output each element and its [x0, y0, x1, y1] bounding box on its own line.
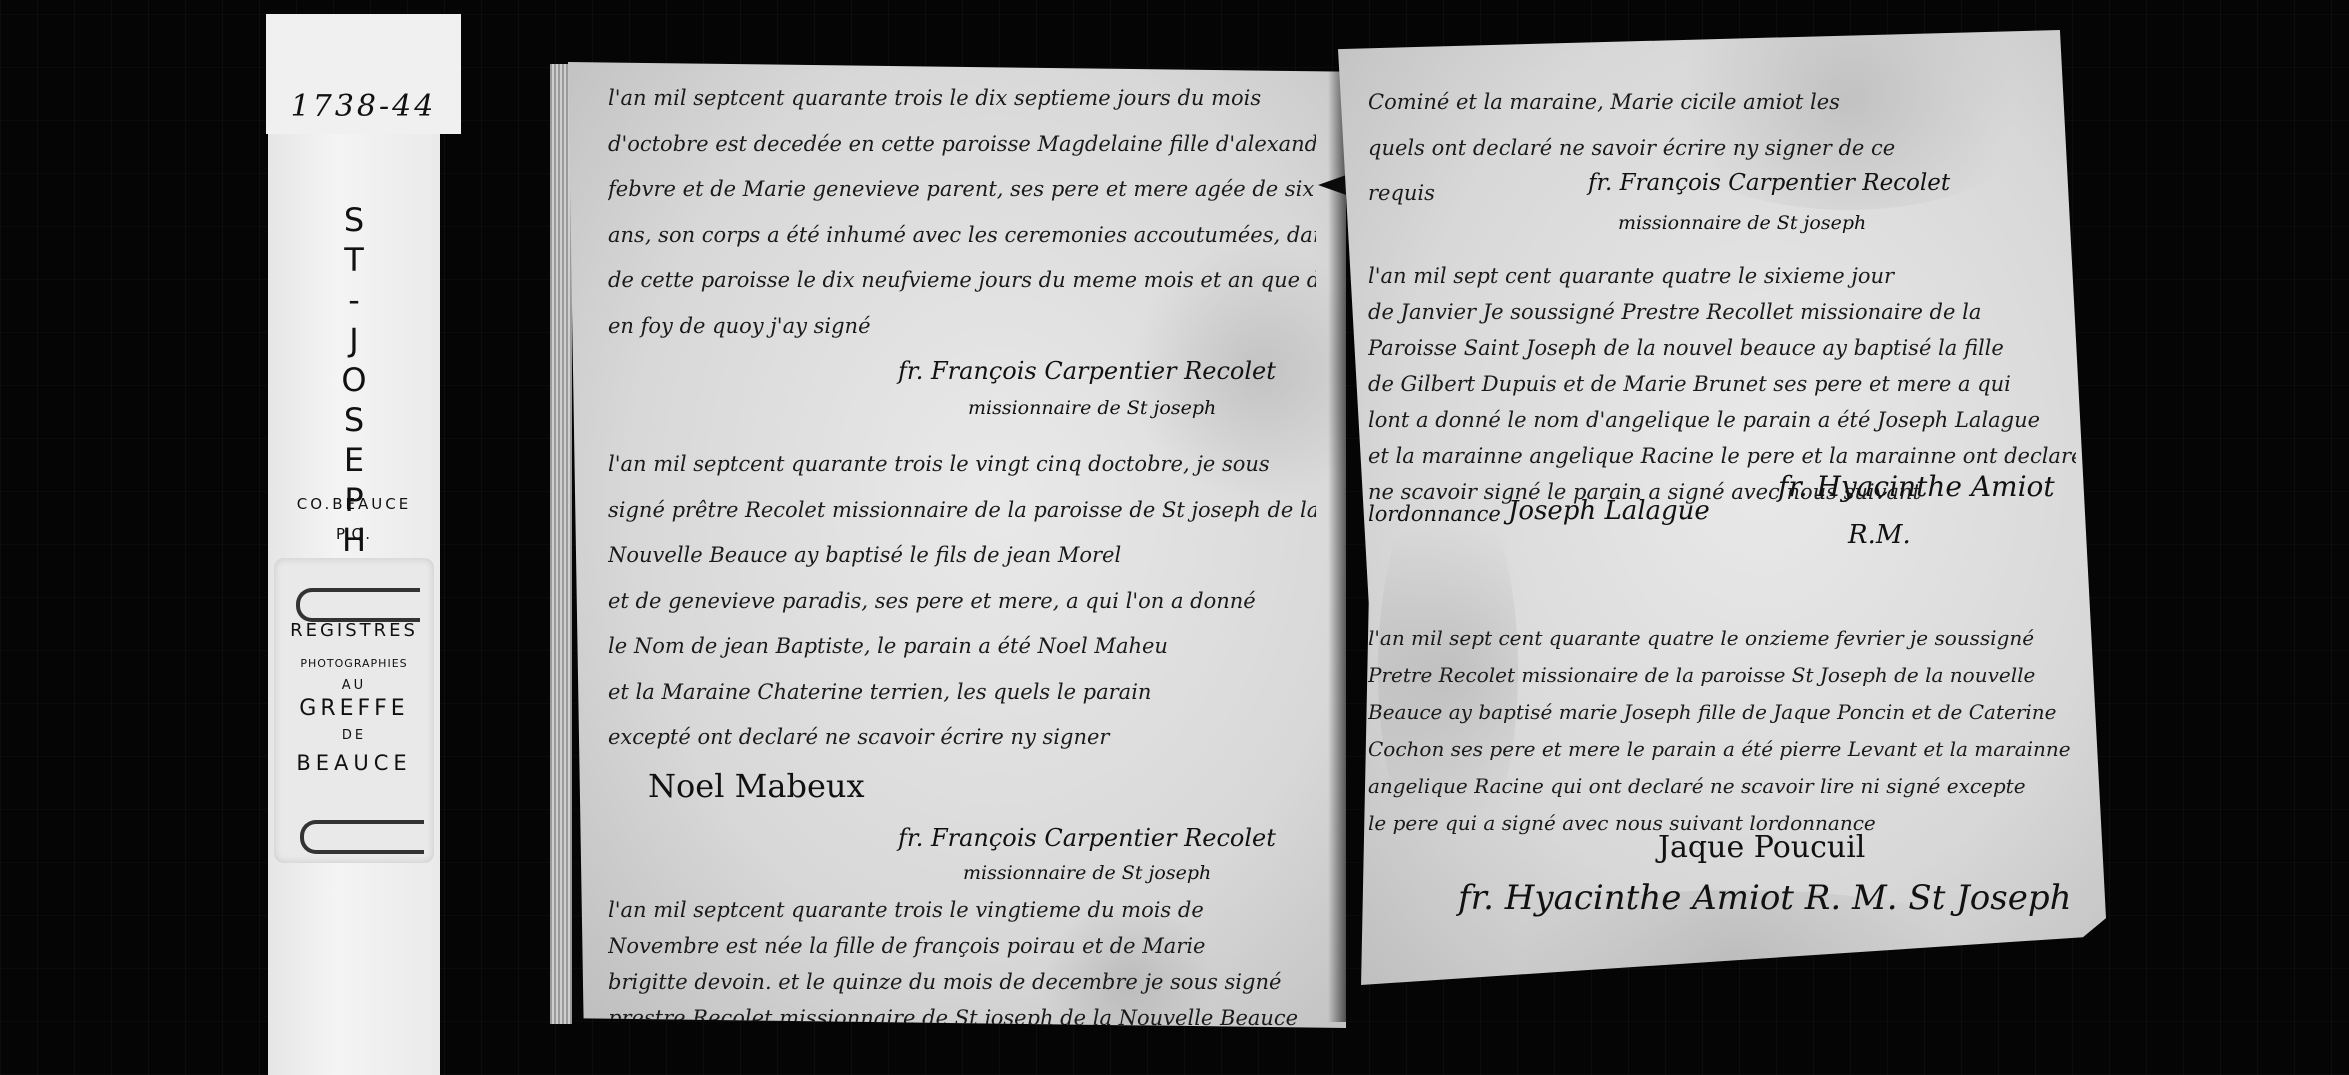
entry-line: angelique Racine qui ont declaré ne scav… — [1368, 768, 2076, 805]
stamp-line: PHOTOGRAPHIES — [274, 657, 434, 671]
baptism-entry-morel: l'an mil septcent quarante trois le ving… — [608, 442, 1316, 761]
priest-signature: fr. François Carpentier Recolet — [898, 357, 1276, 385]
county-line-1: CO.BEAUCE — [268, 495, 440, 513]
paperclip-icon — [296, 588, 420, 622]
entry-line: Beauce ay baptisé marie Joseph fille de … — [1368, 694, 2076, 731]
entry-line: l'an mil sept cent quarante quatre le on… — [1368, 620, 2076, 657]
stamp-line: BEAUCE — [274, 750, 434, 776]
book-page-edges — [550, 64, 572, 1024]
priest-signature: fr. Hyacinthe Amiot R. M. St Joseph — [1458, 878, 2072, 918]
entry-line: de cette paroisse le dix neufvieme jours… — [608, 258, 1316, 304]
registry-stamp-text: REGISTRES PHOTOGRAPHIES AU GREFFE DE BEA… — [274, 620, 434, 777]
godfather-signature: Joseph Lalague — [1508, 496, 1710, 526]
entry-line: prestre Recolet missionnaire de St josep… — [608, 1000, 1316, 1028]
entry-line: Cochon ses pere et mere le parain a été … — [1368, 731, 2076, 768]
parish-letter: J — [349, 320, 358, 360]
entry-line: et la Maraine Chaterine terrien, les que… — [608, 670, 1316, 716]
entry-line: Cominé et la maraine, Marie cicile amiot… — [1368, 80, 2076, 126]
entry-line: d'octobre est decedée en cette paroisse … — [608, 122, 1316, 168]
stamp-line: AU — [274, 678, 434, 694]
parish-letter: E — [344, 440, 364, 480]
priest-signature: fr. François Carpentier Recolet — [898, 824, 1276, 852]
entry-line: l'an mil septcent quarante trois le dix … — [608, 76, 1316, 122]
priest-title: missionnaire de St joseph — [1618, 212, 1866, 234]
stamp-line: REGISTRES — [274, 620, 434, 643]
priest-title: missionnaire de St joseph — [963, 862, 1211, 884]
book-spine — [1328, 62, 1346, 1022]
right-register-page: Cominé et la maraine, Marie cicile amiot… — [1338, 30, 2106, 985]
entry-line: l'an mil septcent quarante trois le ving… — [608, 892, 1316, 928]
entry-line: de Janvier Je soussigné Prestre Recollet… — [1368, 294, 2076, 330]
entry-line: et de genevieve paradis, ses pere et mer… — [608, 579, 1316, 625]
left-register-page: l'an mil septcent quarante trois le dix … — [568, 62, 1346, 1028]
stamp-line: GREFFE — [274, 695, 434, 723]
priest-initials: R.M. — [1848, 520, 1911, 550]
entry-line: signé prêtre Recolet missionnaire de la … — [608, 488, 1316, 534]
parish-letter: S — [344, 200, 364, 240]
entry-line: en foy de quoy j'ay signé — [608, 304, 1316, 350]
county-label: CO.BEAUCE P.Q. — [268, 495, 440, 543]
entry-line: l'an mil septcent quarante trois le ving… — [608, 442, 1316, 488]
date-range-label: 1738-44 — [291, 89, 437, 124]
parish-letter: - — [348, 280, 360, 320]
entry-line: Paroisse Saint Joseph de la nouvel beauc… — [1368, 330, 2076, 366]
entry-line: excepté ont declaré ne scavoir écrire ny… — [608, 715, 1316, 761]
baptism-entry-continued: Cominé et la maraine, Marie cicile amiot… — [1368, 80, 2076, 217]
entry-line: et la marainne angelique Racine le pere … — [1368, 438, 2076, 474]
parish-letter: T — [344, 240, 364, 280]
entry-line: Novembre est née la fille de françois po… — [608, 928, 1316, 964]
godfather-signature: Noel Mabeux — [648, 767, 865, 805]
county-line-2: P.Q. — [268, 525, 440, 543]
priest-signature: fr. François Carpentier Recolet — [1588, 170, 1950, 196]
baptism-entry-poncin: l'an mil sept cent quarante quatre le on… — [1368, 620, 2076, 842]
burial-entry-magdelaine: l'an mil septcent quarante trois le dix … — [608, 76, 1316, 349]
priest-signature: fr. Hyacinthe Amiot — [1778, 470, 2055, 503]
paperclip-icon — [300, 820, 424, 854]
priest-title: missionnaire de St joseph — [968, 397, 1216, 419]
date-range-tab: 1738-44 — [266, 14, 461, 134]
entry-line: lont a donné le nom d'angelique le parai… — [1368, 402, 2076, 438]
stamp-line: DE — [274, 728, 434, 744]
entry-line: Nouvelle Beauce ay baptisé le fils de je… — [608, 533, 1316, 579]
parish-letter: O — [341, 360, 366, 400]
parish-letter: S — [344, 400, 364, 440]
entry-line: febvre et de Marie genevieve parent, ses… — [608, 167, 1316, 213]
entry-line: de Gilbert Dupuis et de Marie Brunet ses… — [1368, 366, 2076, 402]
entry-line: l'an mil sept cent quarante quatre le si… — [1368, 258, 2076, 294]
entry-line: quels ont declaré ne savoir écrire ny si… — [1368, 126, 2076, 172]
entry-line: brigitte devoin. et le quinze du mois de… — [608, 964, 1316, 1000]
entry-line: le Nom de jean Baptiste, le parain a été… — [608, 624, 1316, 670]
baptism-entry-poirau: l'an mil septcent quarante trois le ving… — [608, 892, 1316, 1028]
entry-line: ans, son corps a été inhumé avec les cer… — [608, 213, 1316, 259]
father-signature: Jaque Poucuil — [1658, 830, 1865, 865]
entry-line: lordonnance — [1368, 502, 1501, 526]
entry-line: Pretre Recolet missionaire de la paroiss… — [1368, 657, 2076, 694]
